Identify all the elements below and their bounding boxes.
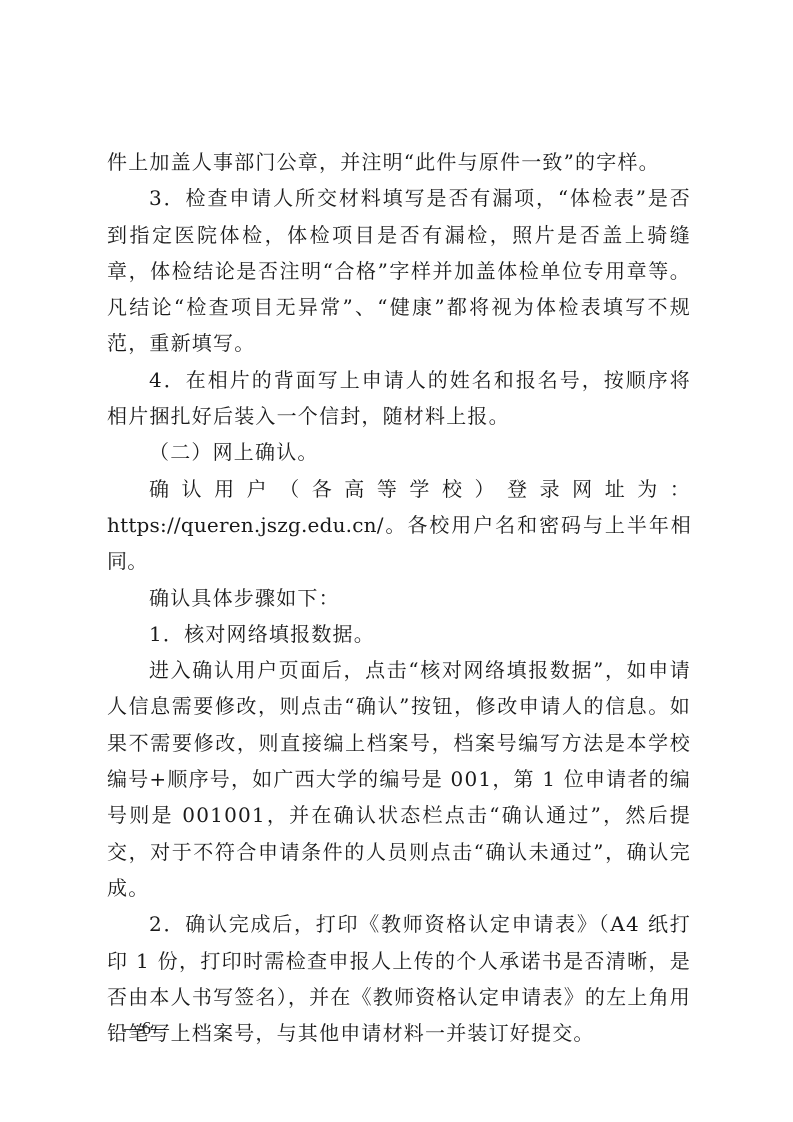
paragraph-login-url-intro: 确认用户（各高等学校）登录网址为： (107, 471, 691, 507)
page-number: —6— (124, 1018, 169, 1039)
paragraph-continuation: 件上加盖人事部门公章，并注明“此件与原件一致”的字样。 (107, 144, 691, 180)
document-body: 件上加盖人事部门公章，并注明“此件与原件一致”的字样。 3．检查申请人所交材料填… (107, 144, 691, 1051)
step-2-description: 2．确认完成后，打印《教师资格认定申请表》（A4 纸打印 1 份，打印时需检查申… (107, 906, 691, 1051)
paragraph-steps-intro: 确认具体步骤如下： (107, 580, 691, 616)
paragraph-item-4-photos: 4．在相片的背面写上申请人的姓名和报名号，按顺序将相片捆扎好后装入一个信封，随材… (107, 362, 691, 435)
document-page: 件上加盖人事部门公章，并注明“此件与原件一致”的字样。 3．检查申请人所交材料填… (0, 0, 793, 1122)
paragraph-login-url: https://queren.jszg.edu.cn/。各校用户名和密码与上半年… (107, 507, 691, 580)
step-1-description: 进入确认用户页面后，点击“核对网络填报数据”，如申请人信息需要修改，则点击“确认… (107, 652, 691, 906)
section-heading-online-confirmation: （二）网上确认。 (107, 434, 691, 470)
paragraph-item-3-medical-check: 3．检查申请人所交材料填写是否有漏项，“体检表”是否到指定医院体检，体检项目是否… (107, 180, 691, 361)
step-1-heading: 1．核对网络填报数据。 (107, 616, 691, 652)
